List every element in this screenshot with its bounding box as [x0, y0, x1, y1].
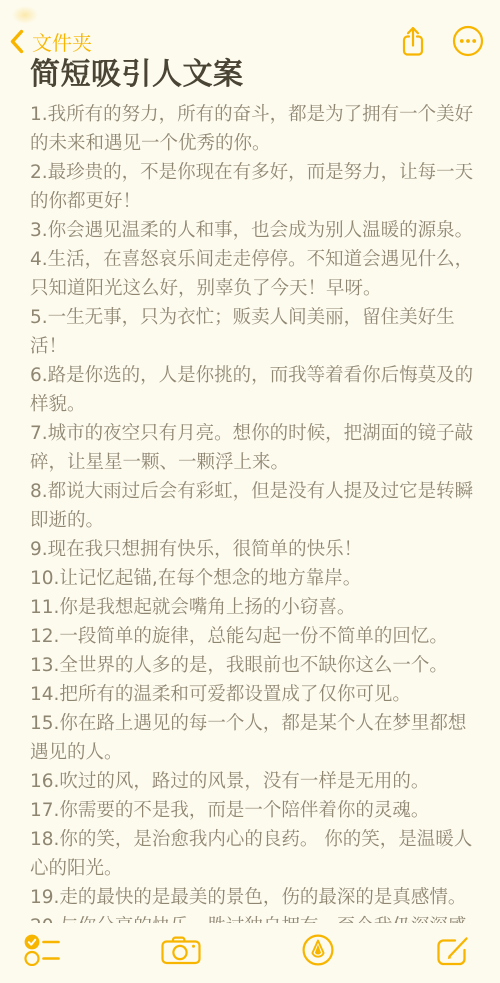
note-line: 6.路是你选的，人是你挑的，而我等着看你后悔莫及的样貌。	[30, 361, 474, 419]
note-line: 8.都说大雨过后会有彩虹，但是没有人提及过它是转瞬即逝的。	[30, 477, 474, 535]
note-line: 13.全世界的人多的是，我眼前也不缺你这么一个。	[30, 651, 474, 680]
note-line: 19.走的最快的是最美的景色，伤的最深的是真感情。	[30, 883, 474, 912]
note-line: 2.最珍贵的，不是你现在有多好，而是努力，让每一天的你都更好！	[30, 158, 474, 216]
checklist-icon	[24, 934, 60, 966]
markup-button[interactable]	[302, 934, 334, 966]
note-line: 12.一段简单的旋律，总能勾起一份不简单的回忆。	[30, 622, 474, 651]
note-line: 7.城市的夜空只有月亮。想你的时候，把湖面的镜子敲碎，让星星一颗、一颗浮上来。	[30, 419, 474, 477]
markup-icon	[302, 934, 334, 966]
ellipsis-circle-icon	[452, 25, 484, 57]
note-line: 4.生活，在喜怒哀乐间走走停停。不知道会遇见什么，只知道阳光这么好，别辜负了今天…	[30, 245, 474, 303]
compose-icon	[435, 933, 472, 967]
note-line: 5.一生无事，只为衣忙；贩卖人间美丽，留住美好生活！	[30, 303, 474, 361]
note-line: 3.你会遇见温柔的人和事，也会成为别人温暖的源泉。	[30, 216, 474, 245]
nav-actions	[400, 25, 484, 58]
note-line: 15.你在路上遇见的每一个人，都是某个人在梦里都想遇见的人。	[30, 709, 474, 767]
navbar: 文件夹	[0, 22, 500, 60]
notes-app: { "colors": { "background": "#FDFBEE", "…	[0, 0, 500, 983]
note-line: 16.吹过的风，路过的风景，没有一样是无用的。	[30, 767, 474, 796]
share-icon	[400, 25, 426, 58]
back-button[interactable]: 文件夹	[10, 27, 92, 56]
note-line: 9.现在我只想拥有快乐，很简单的快乐！	[30, 535, 474, 564]
more-button[interactable]	[452, 25, 484, 57]
camera-icon	[161, 935, 201, 965]
bottom-toolbar	[0, 923, 500, 983]
checklist-button[interactable]	[24, 934, 60, 966]
note-line: 17.你需要的不是我，而是一个陪伴着你的灵魂。	[30, 796, 474, 825]
camera-button[interactable]	[161, 935, 201, 965]
note-line: 11.你是我想起就会嘴角上扬的小窃喜。	[30, 593, 474, 622]
back-chevron-icon	[10, 29, 24, 54]
share-button[interactable]	[400, 25, 426, 58]
back-label: 文件夹	[32, 27, 92, 56]
note-line: 14.把所有的温柔和可爱都设置成了仅你可见。	[30, 680, 474, 709]
note-body[interactable]: 1.我所有的努力，所有的奋斗，都是为了拥有一个美好的未来和遇见一个优秀的你。 2…	[30, 100, 474, 970]
compose-button[interactable]	[435, 933, 472, 967]
note-line: 18.你的笑，是治愈我内心的良药。 你的笑，是温暖人心的阳光。	[30, 825, 474, 883]
note-line: 1.我所有的努力，所有的奋斗，都是为了拥有一个美好的未来和遇见一个优秀的你。	[30, 100, 474, 158]
note-line: 10.让记忆起锚,在每个想念的地方靠岸。	[30, 564, 474, 593]
note-title[interactable]: 简短吸引人文案	[30, 56, 470, 94]
